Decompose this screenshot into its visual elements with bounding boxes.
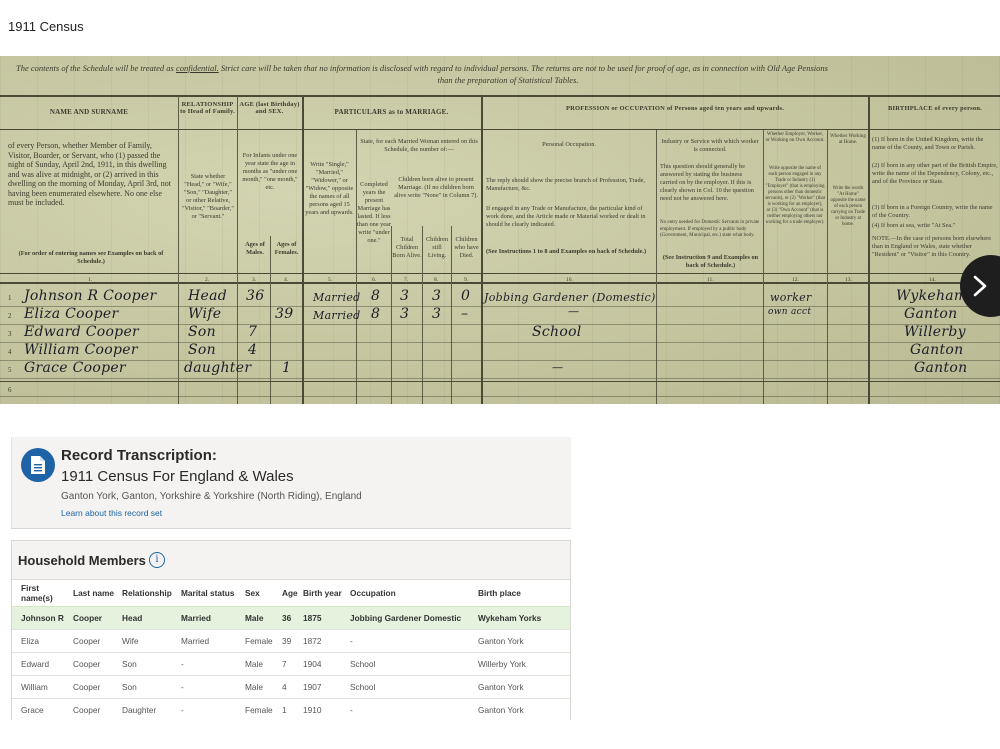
instr-occupation-trade: If engaged in any Trade or Manufacture, …: [486, 205, 654, 229]
hw-relationship: Head: [188, 288, 227, 304]
record-label: Record Transcription:: [61, 447, 217, 464]
col-occupation: Occupation: [350, 580, 478, 606]
instr-at-home-body: Write the words "At Home" opposite the n…: [829, 186, 867, 228]
hw-name: Johnson R Cooper: [24, 288, 156, 304]
record-transcription-card: Record Transcription: 1911 Census For En…: [11, 437, 571, 529]
household-members-panel: Household Members i First name(s) Last n…: [11, 540, 571, 720]
record-location: Ganton York, Ganton, Yorkshire & Yorkshi…: [61, 491, 362, 502]
household-members-table: First name(s) Last name Relationship Mar…: [12, 580, 570, 720]
household-members-title: Household Members: [18, 553, 146, 568]
header-marriage: PARTICULARS as to MARRIAGE.: [302, 109, 481, 116]
learn-about-record-set-link[interactable]: Learn about this record set: [61, 508, 162, 518]
table-row-selected[interactable]: Johnson R Cooper Head Married Male 36 18…: [12, 606, 570, 629]
col-age: Age: [282, 580, 303, 606]
table-row[interactable]: William Cooper Son - Male 4 1907 School …: [12, 675, 570, 698]
instr-industry-body: This question should generally be answer…: [660, 163, 761, 203]
instr-married-woman: State, for each Married Woman entered on…: [360, 138, 478, 154]
census-scan-image: The contents of the Schedule will be tre…: [0, 56, 1000, 404]
instr-industry-see: (See Instruction 9 and Examples on back …: [660, 254, 761, 270]
instr-name: of every Person, whether Member of Famil…: [8, 141, 176, 208]
col-birth-year: Birth year: [303, 580, 350, 606]
col-last-name: Last name: [73, 580, 122, 606]
col-relationship: Relationship: [122, 580, 181, 606]
col-marital-status: Marital status: [181, 580, 245, 606]
instr-total-children: Total Children Born Alive.: [392, 236, 422, 260]
instr-occupation-see: (See Instructions 1 to 8 and Examples on…: [486, 248, 654, 256]
instr-relationship: State whether "Head," or "Wife," "Son," …: [181, 173, 235, 221]
page-title: 1911 Census: [8, 19, 84, 34]
col-first-name: First name(s): [12, 580, 73, 606]
instr-infants: For Infants under one year state the age…: [240, 152, 300, 192]
instr-birthplace-1: (1) If born in the United Kingdom, write…: [872, 136, 998, 152]
record-title: 1911 Census For England & Wales: [61, 468, 294, 485]
instr-at-home: Whether Working at Home.: [829, 134, 867, 146]
col-sex: Sex: [245, 580, 282, 606]
col-birth-place: Birth place: [478, 580, 570, 606]
instr-birthplace-3: (3) If born in a Foreign Country, write …: [872, 204, 998, 220]
document-icon: [21, 448, 55, 482]
instr-marital: Write "Single," "Married," "Widower," or…: [304, 161, 355, 217]
instr-personal-occupation: Personal Occupation.: [484, 141, 654, 149]
info-icon[interactable]: i: [149, 552, 165, 568]
instr-ages-males: Ages of Males.: [240, 241, 270, 257]
instr-industry-note: No entry needed for Domestic Servants in…: [660, 220, 761, 240]
instr-children-died: Children who have Died.: [452, 236, 481, 260]
table-row[interactable]: Grace Cooper Daughter - Female 1 1910 - …: [12, 698, 570, 720]
hw-occupation: Jobbing Gardener (Domestic): [484, 291, 656, 304]
instr-birthplace-note: NOTE.—In the case of persons born elsewh…: [872, 235, 998, 259]
instr-employer: Whether Employer, Worker, or Working on …: [765, 132, 825, 144]
table-header-row: First name(s) Last name Relationship Mar…: [12, 580, 570, 606]
instr-employer-body: Write opposite the name of each person e…: [765, 166, 825, 226]
header-birthplace: BIRTHPLACE of every person.: [880, 105, 990, 112]
header-occupation: PROFESSION or OCCUPATION of Persons aged…: [560, 105, 790, 112]
table-row[interactable]: Edward Cooper Son - Male 7 1904 School W…: [12, 652, 570, 675]
instr-birthplace-4: (4) If born at sea, write "At Sea.": [872, 222, 998, 230]
instr-occupation-reply: The reply should show the precise branch…: [486, 177, 654, 193]
header-age: AGE (last Birthday) and SEX.: [237, 101, 302, 115]
hw-marital: Married: [313, 291, 361, 304]
census-banner: The contents of the Schedule will be tre…: [16, 62, 1000, 86]
instr-years-married: Completed years the present Marriage has…: [357, 181, 391, 245]
census-image-viewer[interactable]: The contents of the Schedule will be tre…: [0, 56, 1000, 404]
hw-age-male: 36: [246, 288, 264, 304]
chevron-right-icon: [972, 274, 988, 298]
instr-ages-females: Ages of Females.: [271, 241, 302, 257]
header-relationship: RELATIONSHIP to Head of Family.: [178, 101, 237, 115]
instr-name-note: (For order of entering names see Example…: [6, 250, 176, 266]
instr-industry: Industry or Service with which worker is…: [659, 138, 761, 154]
instr-children-born: Children born alive to present Marriage.…: [393, 176, 479, 200]
instr-birthplace-2: (2) If born in any other part of the Bri…: [872, 162, 998, 186]
instr-children-living: Children still Living.: [423, 236, 451, 260]
table-row[interactable]: Eliza Cooper Wife Married Female 39 1872…: [12, 629, 570, 652]
header-name: NAME AND SURNAME: [0, 109, 178, 116]
